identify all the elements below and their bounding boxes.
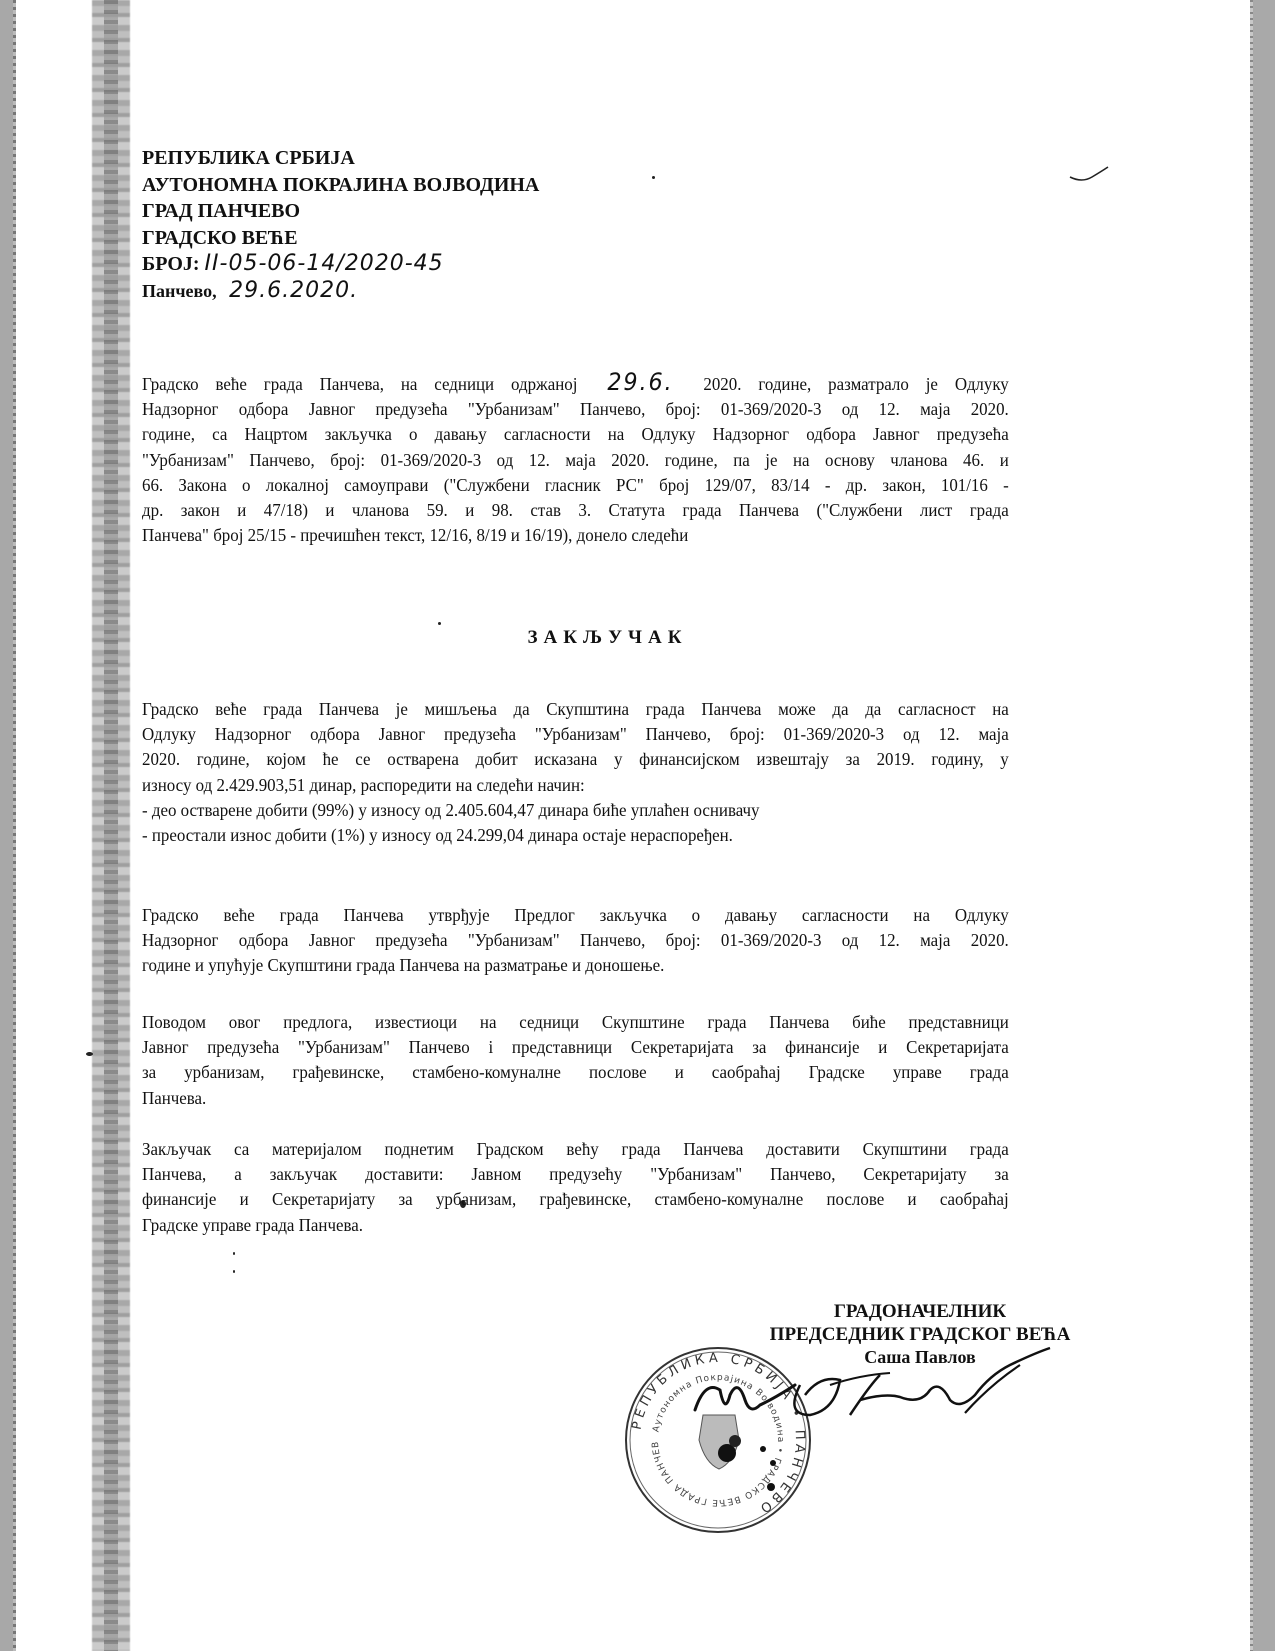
scan-speck <box>438 622 441 625</box>
scan-edge-right-line <box>1250 0 1253 1651</box>
scan-streak-core <box>104 0 118 1651</box>
intro-line-2: Надзорног одбора Јавног предузећа "Урбан… <box>142 397 1009 422</box>
intro-line-6: др. закон и 47/18) и чланова 59. и 98. с… <box>142 498 1009 523</box>
intro-line-5: 66. Закона о локалној самоуправи ("Служб… <box>142 473 1009 498</box>
pen-mark-icon <box>1068 165 1118 195</box>
header-province: АУТОНОМНА ПОКРАЈИНА ВОЈВОДИНА <box>142 172 539 199</box>
header-republic: РЕПУБЛИКА СРБИЈА <box>142 145 539 172</box>
conclusion-paragraph-2: Градско веће града Панчева утврђује Пред… <box>142 903 1009 979</box>
place-label: Панчево, <box>142 281 217 301</box>
header-council: ГРАДСКО ВЕЋЕ <box>142 225 539 252</box>
header-number: БРОЈ: II-05-06-14/2020-45 <box>142 251 539 278</box>
scan-edge-right <box>1250 0 1275 1651</box>
number-label: БРОЈ: <box>142 253 200 275</box>
document-header: РЕПУБЛИКА СРБИЈА АУТОНОМНА ПОКРАЈИНА ВОЈ… <box>142 145 539 304</box>
distribution-item-1: - део остварене добити (99%) у износу од… <box>142 798 1009 823</box>
scan-speck <box>233 1270 235 1273</box>
scan-speck <box>233 1252 235 1255</box>
intro-paragraph: Градско веће града Панчева, на седници о… <box>142 370 1009 548</box>
intro-line-1: Градско веће града Панчева, на седници о… <box>142 370 1009 397</box>
intro-line-3: године, са Нацртом закључка о давању саг… <box>142 422 1009 447</box>
intro-line-7: Панчева" број 25/15 - пречишћен текст, 1… <box>142 523 1009 548</box>
scan-speck <box>652 176 655 179</box>
distribution-item-2: - преостали износ добити (1%) у износу о… <box>142 823 1009 848</box>
date-handwritten: 29.6.2020. <box>229 278 358 303</box>
intro-line-4: "Урбанизам" Панчево, број: 01-369/2020-3… <box>142 448 1009 473</box>
header-place-date: Панчево, 29.6.2020. <box>142 278 539 305</box>
session-date-handwritten: 29.6. <box>594 368 686 396</box>
number-handwritten: II-05-06-14/2020-45 <box>205 251 444 276</box>
mayor-title: ГРАДОНАЧЕЛНИК <box>755 1300 1085 1323</box>
scan-speck <box>86 1052 93 1056</box>
council-president-title: ПРЕДСЕДНИК ГРАДСКОГ ВЕЋА <box>755 1323 1085 1346</box>
header-city: ГРАД ПАНЧЕВО <box>142 198 539 225</box>
document-title: ЗАКЉУЧАК <box>0 627 1275 649</box>
conclusion-paragraph-3: Поводом овог предлога, известиоци на сед… <box>142 1010 1009 1111</box>
handwritten-signature-icon <box>780 1345 1060 1435</box>
scan-edge-left-line <box>13 0 16 1651</box>
conclusion-paragraph-1: Градско веће града Панчева је мишљења да… <box>142 697 1009 848</box>
conclusion-paragraph-4: Закључак са материјалом поднетим Градско… <box>142 1137 1009 1238</box>
